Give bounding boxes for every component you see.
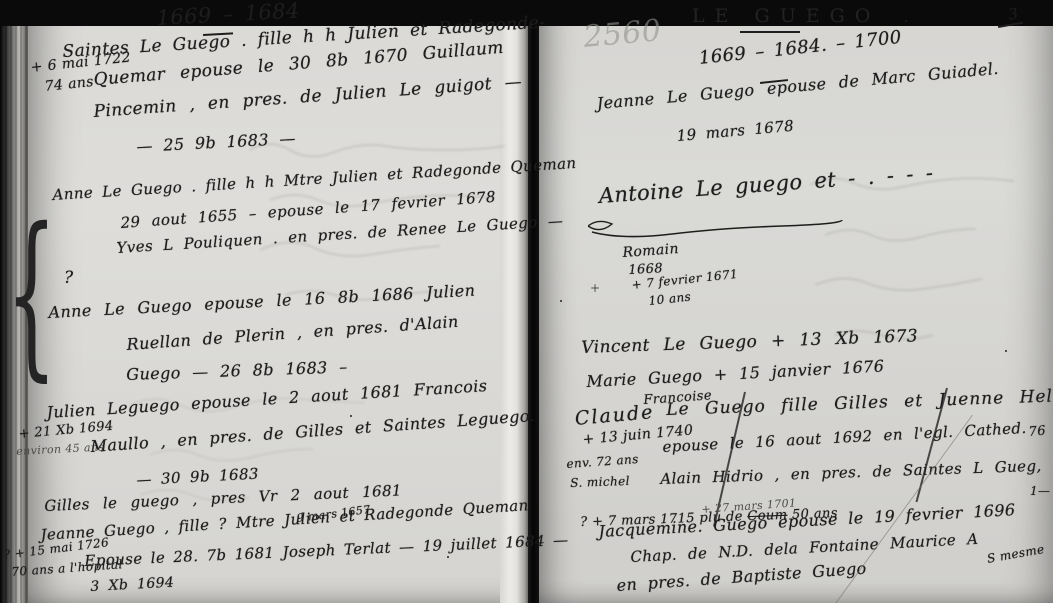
- query-mark: ?: [64, 268, 74, 288]
- title-underline: [740, 31, 800, 33]
- surname-title: LE GUEGO: [692, 5, 880, 27]
- ink-speck: [905, 20, 907, 22]
- edge-note: 1—: [1030, 484, 1050, 498]
- ink-speck: [447, 556, 449, 558]
- flourish-underline: [588, 212, 848, 238]
- ink-speck: [560, 300, 562, 302]
- manuscript-photo: 1669 – 1684 Saintes Le Guego . fille h h…: [0, 0, 1053, 603]
- ink-speck: [350, 415, 352, 417]
- margin-brace: {: [6, 190, 57, 397]
- pencil-shelfmark: 2560: [582, 13, 663, 55]
- cross-mark: +: [590, 281, 600, 295]
- margin-parish-note: S. michel: [570, 474, 630, 490]
- edge-note: 76: [1028, 423, 1047, 439]
- ink-speck: [1005, 350, 1007, 352]
